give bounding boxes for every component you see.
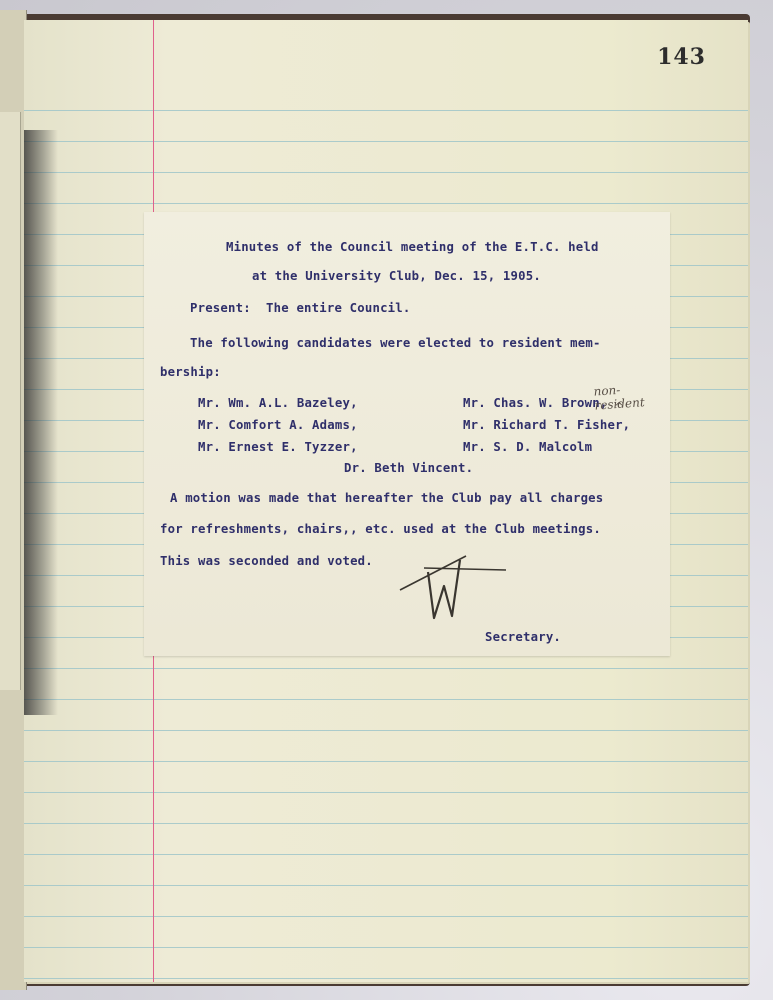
candidate-left-2: Mr. Comfort A. Adams, <box>198 418 358 432</box>
folded-page-flap <box>0 112 21 690</box>
rule-line <box>24 761 748 762</box>
signature-mark <box>394 548 514 628</box>
motion-line-2: for refreshments, chairs,, etc. used at … <box>160 522 601 536</box>
rule-line <box>24 730 748 731</box>
election-line-2: bership: <box>160 365 221 379</box>
rule-line <box>24 110 748 111</box>
motion-line-1: A motion was made that hereafter the Clu… <box>170 491 603 505</box>
rule-line <box>24 141 748 142</box>
pasted-minutes-slip: Minutes of the Council meeting of the E.… <box>144 212 670 656</box>
page-number: 143 <box>657 44 706 70</box>
heading-line-2: at the University Club, Dec. 15, 1905. <box>252 269 541 283</box>
candidate-left-3: Mr. Ernest E. Tyzzer, <box>198 440 358 454</box>
rule-line <box>24 978 748 979</box>
candidate-right-3: Mr. S. D. Malcolm <box>463 440 592 454</box>
rule-line <box>24 947 748 948</box>
candidate-left-1: Mr. Wm. A.L. Bazeley, <box>198 396 358 410</box>
candidate-right-2: Mr. Richard T. Fisher, <box>463 418 630 432</box>
motion-line-3: This was seconded and voted. <box>160 554 373 568</box>
candidate-right-1: Mr. Chas. W. Brown, <box>463 396 607 410</box>
rule-line <box>24 916 748 917</box>
rule-line <box>24 823 748 824</box>
ledger-page: 143 Minutes of the Council meeting of th… <box>24 20 748 982</box>
candidate-center: Dr. Beth Vincent. <box>344 461 473 475</box>
rule-line <box>24 203 748 204</box>
rule-line <box>24 792 748 793</box>
rule-line <box>24 699 748 700</box>
secretary-label: Secretary. <box>485 630 561 644</box>
heading-line-1: Minutes of the Council meeting of the E.… <box>226 240 599 254</box>
rule-line <box>24 172 748 173</box>
rule-line <box>24 668 748 669</box>
rule-line <box>24 854 748 855</box>
insertion-caret: ^ <box>614 400 624 414</box>
present-line: Present: The entire Council. <box>190 301 411 315</box>
flap-shadow <box>24 130 58 715</box>
handwritten-annotation: non-resident <box>593 379 671 412</box>
rule-line <box>24 885 748 886</box>
election-line-1: The following candidates were elected to… <box>190 336 601 350</box>
